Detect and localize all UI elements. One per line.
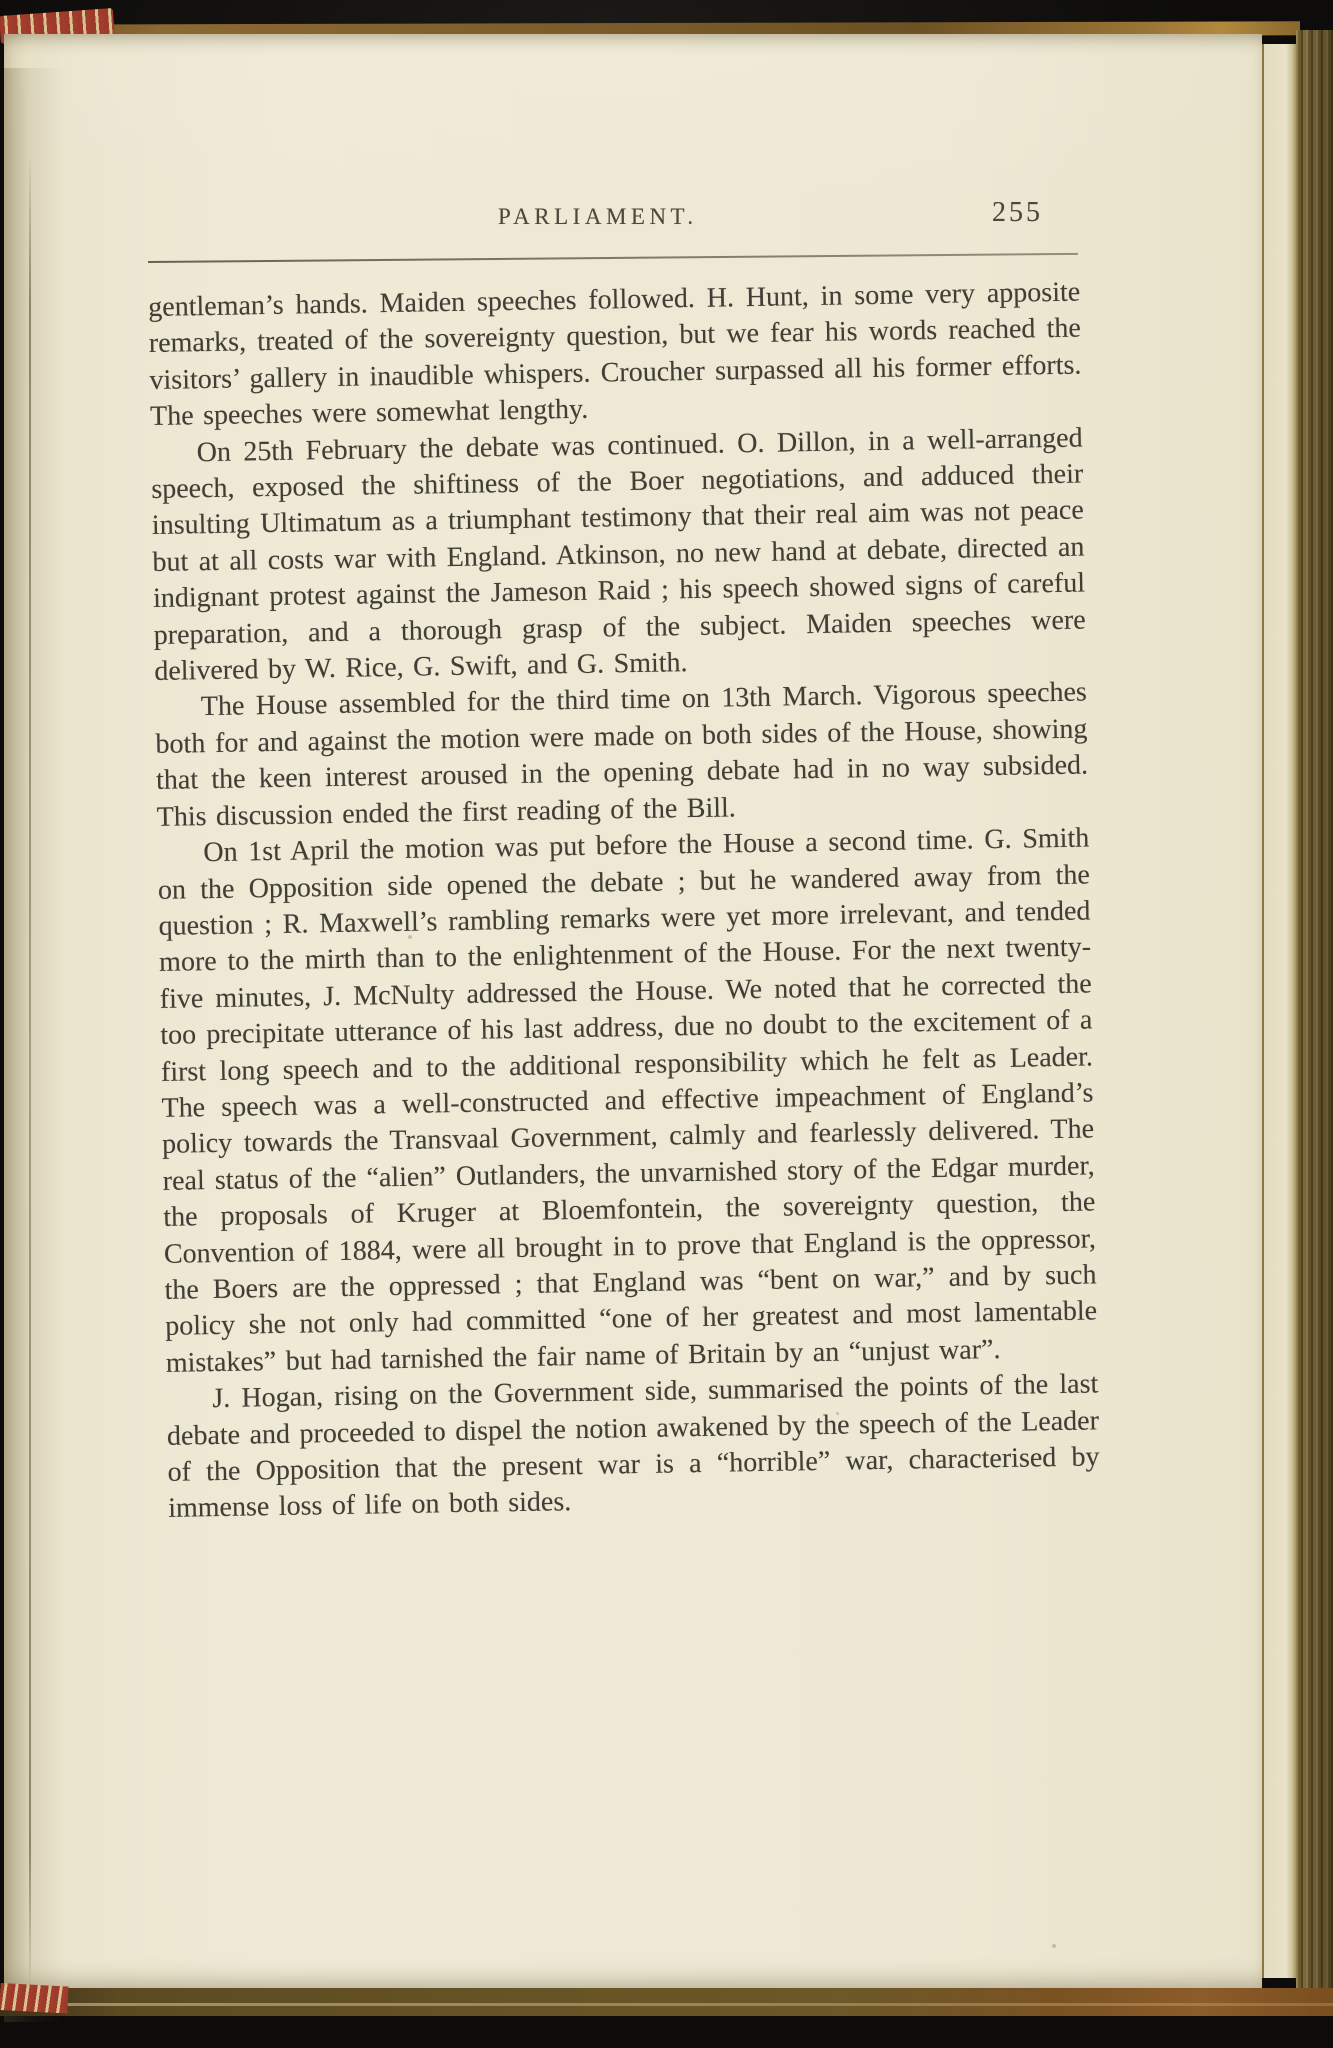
paper-speck: [408, 935, 412, 939]
paragraph: J. Hogan, rising on the Government side,…: [166, 1367, 1100, 1528]
body-text: gentleman’s hands. Maiden speeches follo…: [148, 275, 1100, 1528]
book-bottom-edge: [0, 1988, 1333, 2016]
paragraph: The House assembled for the third time o…: [155, 675, 1089, 836]
gutter-crease: [29, 154, 31, 1994]
paper-speck: [836, 1412, 839, 1415]
paragraph: On 1st April the motion was put before t…: [157, 821, 1098, 1382]
page-number: 255: [992, 197, 1043, 229]
gutter-shade: [4, 68, 66, 2022]
fore-edge-page-stack: [1296, 30, 1333, 2002]
photo-backdrop: PARLIAMENT. 255 gentleman’s hands. Maide…: [0, 0, 1333, 2048]
paper-speck: [1052, 1944, 1056, 1948]
paragraph: On 25th February the debate was continue…: [150, 420, 1086, 690]
paragraph: gentleman’s hands. Maiden speeches follo…: [148, 275, 1082, 436]
headband-bottom: [0, 1983, 69, 2014]
running-header-title: PARLIAMENT.: [498, 204, 698, 230]
under-page-edges: [1262, 44, 1296, 1978]
